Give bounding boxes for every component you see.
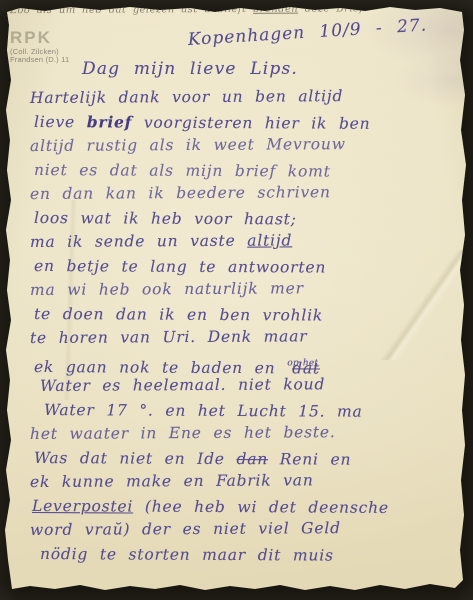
letter-text: Was dat niet en Ide — [34, 449, 237, 468]
letter-text: niet es dat als mijn brief komt — [34, 161, 331, 181]
letter-text: ek kunne make en Fabrik van — [30, 471, 314, 491]
stamp-abbreviation: RPK — [10, 28, 69, 48]
letter-text: (hee heb wi det deensche — [133, 498, 389, 517]
letter-text: ma ik sende un vaste — [30, 232, 247, 251]
letter-text: Water es heelemaal. niet koud — [40, 375, 325, 395]
letter-line: word vraŭ) der es niet viel Geld — [30, 515, 463, 542]
stamp-inventory-line: Frandsen (D.) 11 — [10, 56, 69, 65]
letter-line: nödig te storten maar dit muis — [40, 542, 463, 568]
letter-text-bold: brief — [87, 112, 133, 131]
letter-body: Hartelijk dank voor un ben altijdlieve b… — [30, 86, 463, 566]
letter-text-strike: dan — [236, 450, 268, 468]
letter-line: het waater in Ene es het beste. — [30, 419, 463, 446]
letter-text: altijd rustig als ik weet Mevrouw — [30, 135, 346, 155]
letter-text: te doen dan ik en ben vrohlik — [34, 305, 323, 325]
letter-line: ma ik sende un vaste altijd — [30, 227, 463, 254]
letter-text: Reni en — [268, 450, 351, 468]
letter-line: altijd rustig als ik weet Mevrouw — [30, 131, 463, 158]
letter-text-underline: Leverpostei — [32, 497, 133, 516]
letter-text: voorgisteren hier ik ben — [132, 114, 370, 133]
collection-stamp: RPK (Coll. Zilcken) Frandsen (D.) 11 — [10, 28, 69, 65]
letter-text: word vraŭ) der es niet viel Geld — [30, 519, 341, 539]
letter-paper: Zoo als um heb dat gelezen ast u blieft … — [0, 0, 473, 600]
salutation: Dag mijn lieve Lips. — [82, 59, 298, 79]
letter-line: Water es heelemaal. niet koud — [40, 371, 463, 398]
letter-text: nödig te storten maar dit muis — [40, 545, 334, 565]
letter-text: lieve — [34, 113, 87, 131]
letter-line: te horen van Uri. Denk maar — [30, 323, 463, 350]
letter-line: ek kunne make en Fabrik van — [30, 467, 463, 494]
letter-text: ma wi heb ook naturlijk mer — [30, 279, 304, 299]
letter-text: loos wat ik heb voor haast; — [34, 209, 297, 228]
letter-text: te horen van Uri. Denk maar — [30, 327, 308, 347]
letter-text: en betje te lang te antwoorten — [34, 257, 326, 277]
letter-line: Hartelijk dank voor un ben altijd — [30, 83, 463, 110]
letter-text: en dan kan ik beedere schriven — [30, 183, 331, 203]
letter-text: Hartelijk dank voor un ben altijd — [30, 87, 343, 107]
letter-text: Water 17 °. en het Lucht 15. ma — [44, 401, 363, 421]
letter-line: ma wi heb ook naturlijk mer — [30, 275, 463, 302]
letter-text: het waater in Ene es het beste. — [30, 423, 336, 443]
letter-text-underline: altijd — [247, 231, 292, 249]
dateline: Kopenhagen 10/9 - 27. — [187, 14, 448, 50]
letter-line: en dan kan ik beedere schriven — [30, 179, 463, 206]
